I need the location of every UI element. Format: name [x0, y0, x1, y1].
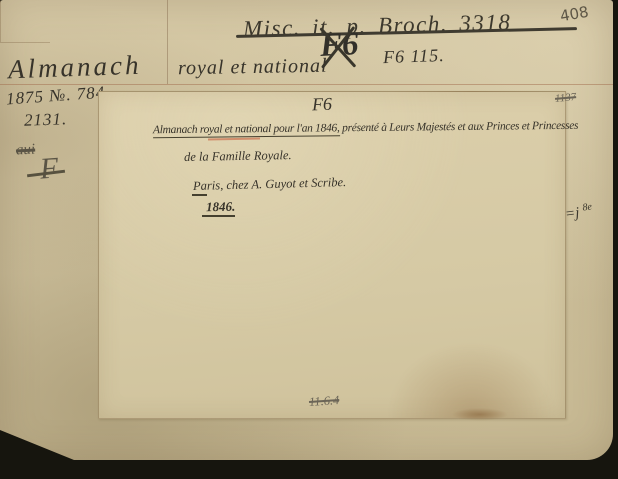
accession-number-line1: 1875 №. 784: [5, 83, 105, 110]
slip-crossed-number-top: 1137: [555, 91, 577, 105]
crossed-out-letter: F: [39, 151, 60, 186]
slip-publication-year: 1846.: [206, 199, 236, 216]
scanned-catalog-card-page: Misc. it. p. Broch. 3318 F6 F6 115. 408 …: [0, 0, 618, 479]
ink-stain: [452, 408, 508, 421]
card-lower-vertical-rule: [0, 0, 1, 42]
crossed-out-note: aui: [16, 142, 36, 160]
imprint-underline-tick: [192, 194, 207, 196]
card-corner-cut: [0, 430, 74, 460]
catalog-card: Misc. it. p. Broch. 3318 F6 F6 115. 408 …: [0, 0, 613, 460]
card-vertical-rule: [167, 0, 168, 84]
card-lower-crease-line: [0, 42, 50, 43]
year-underline: [202, 215, 235, 217]
card-title-continuation: royal et national: [178, 55, 328, 81]
current-shelfmark: F6 115.: [383, 45, 445, 68]
slip-title-rest: présenté à Leurs Majestés et aux Princes…: [339, 120, 578, 134]
pencil-folio-number: 408: [559, 3, 590, 26]
card-title-keyword: Almanach: [7, 50, 141, 86]
slip-title-underlined-part: Almanach royal et national pour l'an 184…: [153, 122, 340, 138]
accession-number-line2: 2131.: [24, 109, 68, 130]
format-price-note: =j 8e: [564, 201, 594, 223]
pasted-bibliographic-slip: [98, 91, 566, 419]
slip-title-line2: de la Famille Royale.: [184, 148, 292, 165]
old-shelfmark-crossed: Misc. it. p. Broch. 3318: [243, 9, 512, 42]
format-note-sup: 8e: [582, 201, 593, 213]
slip-crossed-number-bottom: 11.6.4: [309, 393, 340, 410]
slip-shelfmark: F6: [312, 94, 333, 116]
format-note-eq: =j: [564, 205, 584, 223]
